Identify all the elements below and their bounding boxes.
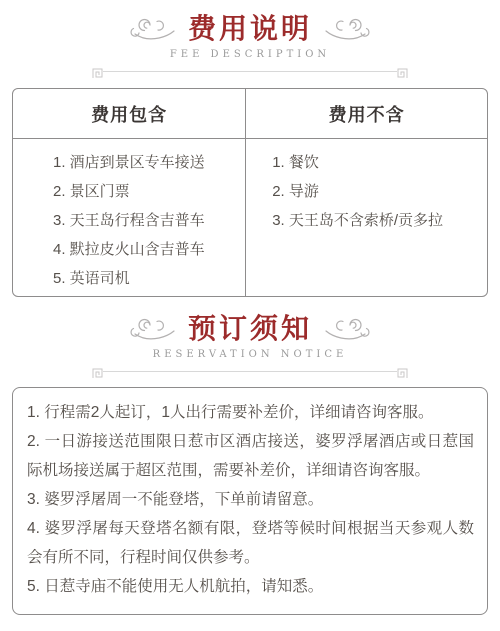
list-item: 2. 导游 bbox=[272, 177, 487, 206]
fee-included-list: 1. 酒店到景区专车接送 2. 景区门票 3. 天王岛行程含吉普车 4. 默拉皮… bbox=[13, 148, 245, 293]
list-item: 1. 餐饮 bbox=[272, 148, 487, 177]
greek-key-left-icon bbox=[92, 366, 103, 377]
section-subtitle-fee: FEE DESCRIPTION bbox=[0, 49, 500, 60]
notice-item: 5. 日惹寺庙不能使用无人机航拍，请知悉。 bbox=[27, 572, 474, 601]
decorative-divider bbox=[92, 66, 408, 77]
cloud-ornament-left-icon bbox=[128, 14, 176, 44]
fee-section: 费用说明 FEE DESCRIPTION bbox=[0, 0, 500, 297]
decorative-divider bbox=[92, 366, 408, 377]
fee-section-header: 费用说明 FEE DESCRIPTION bbox=[0, 0, 500, 77]
notice-item: 2. 一日游接送范围限日惹市区酒店接送，婆罗浮屠酒店或日惹国际机场接送属于超区范… bbox=[27, 427, 474, 485]
fee-title-row: 费用说明 bbox=[0, 12, 500, 46]
notice-title-row: 预订须知 bbox=[0, 312, 500, 346]
notice-item: 1. 行程需2人起订，1人出行需要补差价，详细请咨询客服。 bbox=[27, 398, 474, 427]
fee-included-header: 费用包含 bbox=[13, 89, 245, 139]
divider-rule bbox=[103, 371, 397, 372]
greek-key-left-icon bbox=[92, 66, 103, 77]
cloud-ornament-right-icon bbox=[324, 14, 372, 44]
list-item: 4. 默拉皮火山含吉普车 bbox=[53, 235, 245, 264]
fee-excluded-header: 费用不含 bbox=[246, 89, 487, 139]
fee-table: 费用包含 1. 酒店到景区专车接送 2. 景区门票 3. 天王岛行程含吉普车 4… bbox=[12, 88, 488, 297]
fee-and-notice-page: 费用说明 FEE DESCRIPTION bbox=[0, 0, 500, 631]
notice-item: 4. 婆罗浮屠每天登塔名额有限，登塔等候时间根据当天参观人数会有所不同，行程时间… bbox=[27, 514, 474, 572]
section-title-fee: 费用说明 bbox=[188, 15, 312, 43]
list-item: 3. 天王岛行程含吉普车 bbox=[53, 206, 245, 235]
divider-rule bbox=[103, 71, 397, 72]
list-item: 2. 景区门票 bbox=[53, 177, 245, 206]
section-subtitle-notice: RESERVATION NOTICE bbox=[0, 349, 500, 360]
cloud-ornament-right-icon bbox=[324, 314, 372, 344]
notice-box: 1. 行程需2人起订，1人出行需要补差价，详细请咨询客服。 2. 一日游接送范围… bbox=[12, 387, 488, 615]
list-item: 5. 英语司机 bbox=[53, 264, 245, 293]
notice-item: 3. 婆罗浮屠周一不能登塔，下单前请留意。 bbox=[27, 485, 474, 514]
notice-section-header: 预订须知 RESERVATION NOTICE bbox=[0, 297, 500, 377]
greek-key-right-icon bbox=[397, 66, 408, 77]
list-item: 3. 天王岛不含索桥/贡多拉 bbox=[272, 206, 487, 235]
fee-included-column: 费用包含 1. 酒店到景区专车接送 2. 景区门票 3. 天王岛行程含吉普车 4… bbox=[13, 89, 246, 296]
notice-section: 预订须知 RESERVATION NOTICE bbox=[0, 297, 500, 615]
greek-key-right-icon bbox=[397, 366, 408, 377]
list-item: 1. 酒店到景区专车接送 bbox=[53, 148, 245, 177]
fee-excluded-list: 1. 餐饮 2. 导游 3. 天王岛不含索桥/贡多拉 bbox=[246, 148, 487, 235]
section-title-notice: 预订须知 bbox=[188, 315, 312, 343]
fee-excluded-column: 费用不含 1. 餐饮 2. 导游 3. 天王岛不含索桥/贡多拉 bbox=[246, 89, 487, 296]
cloud-ornament-left-icon bbox=[128, 314, 176, 344]
